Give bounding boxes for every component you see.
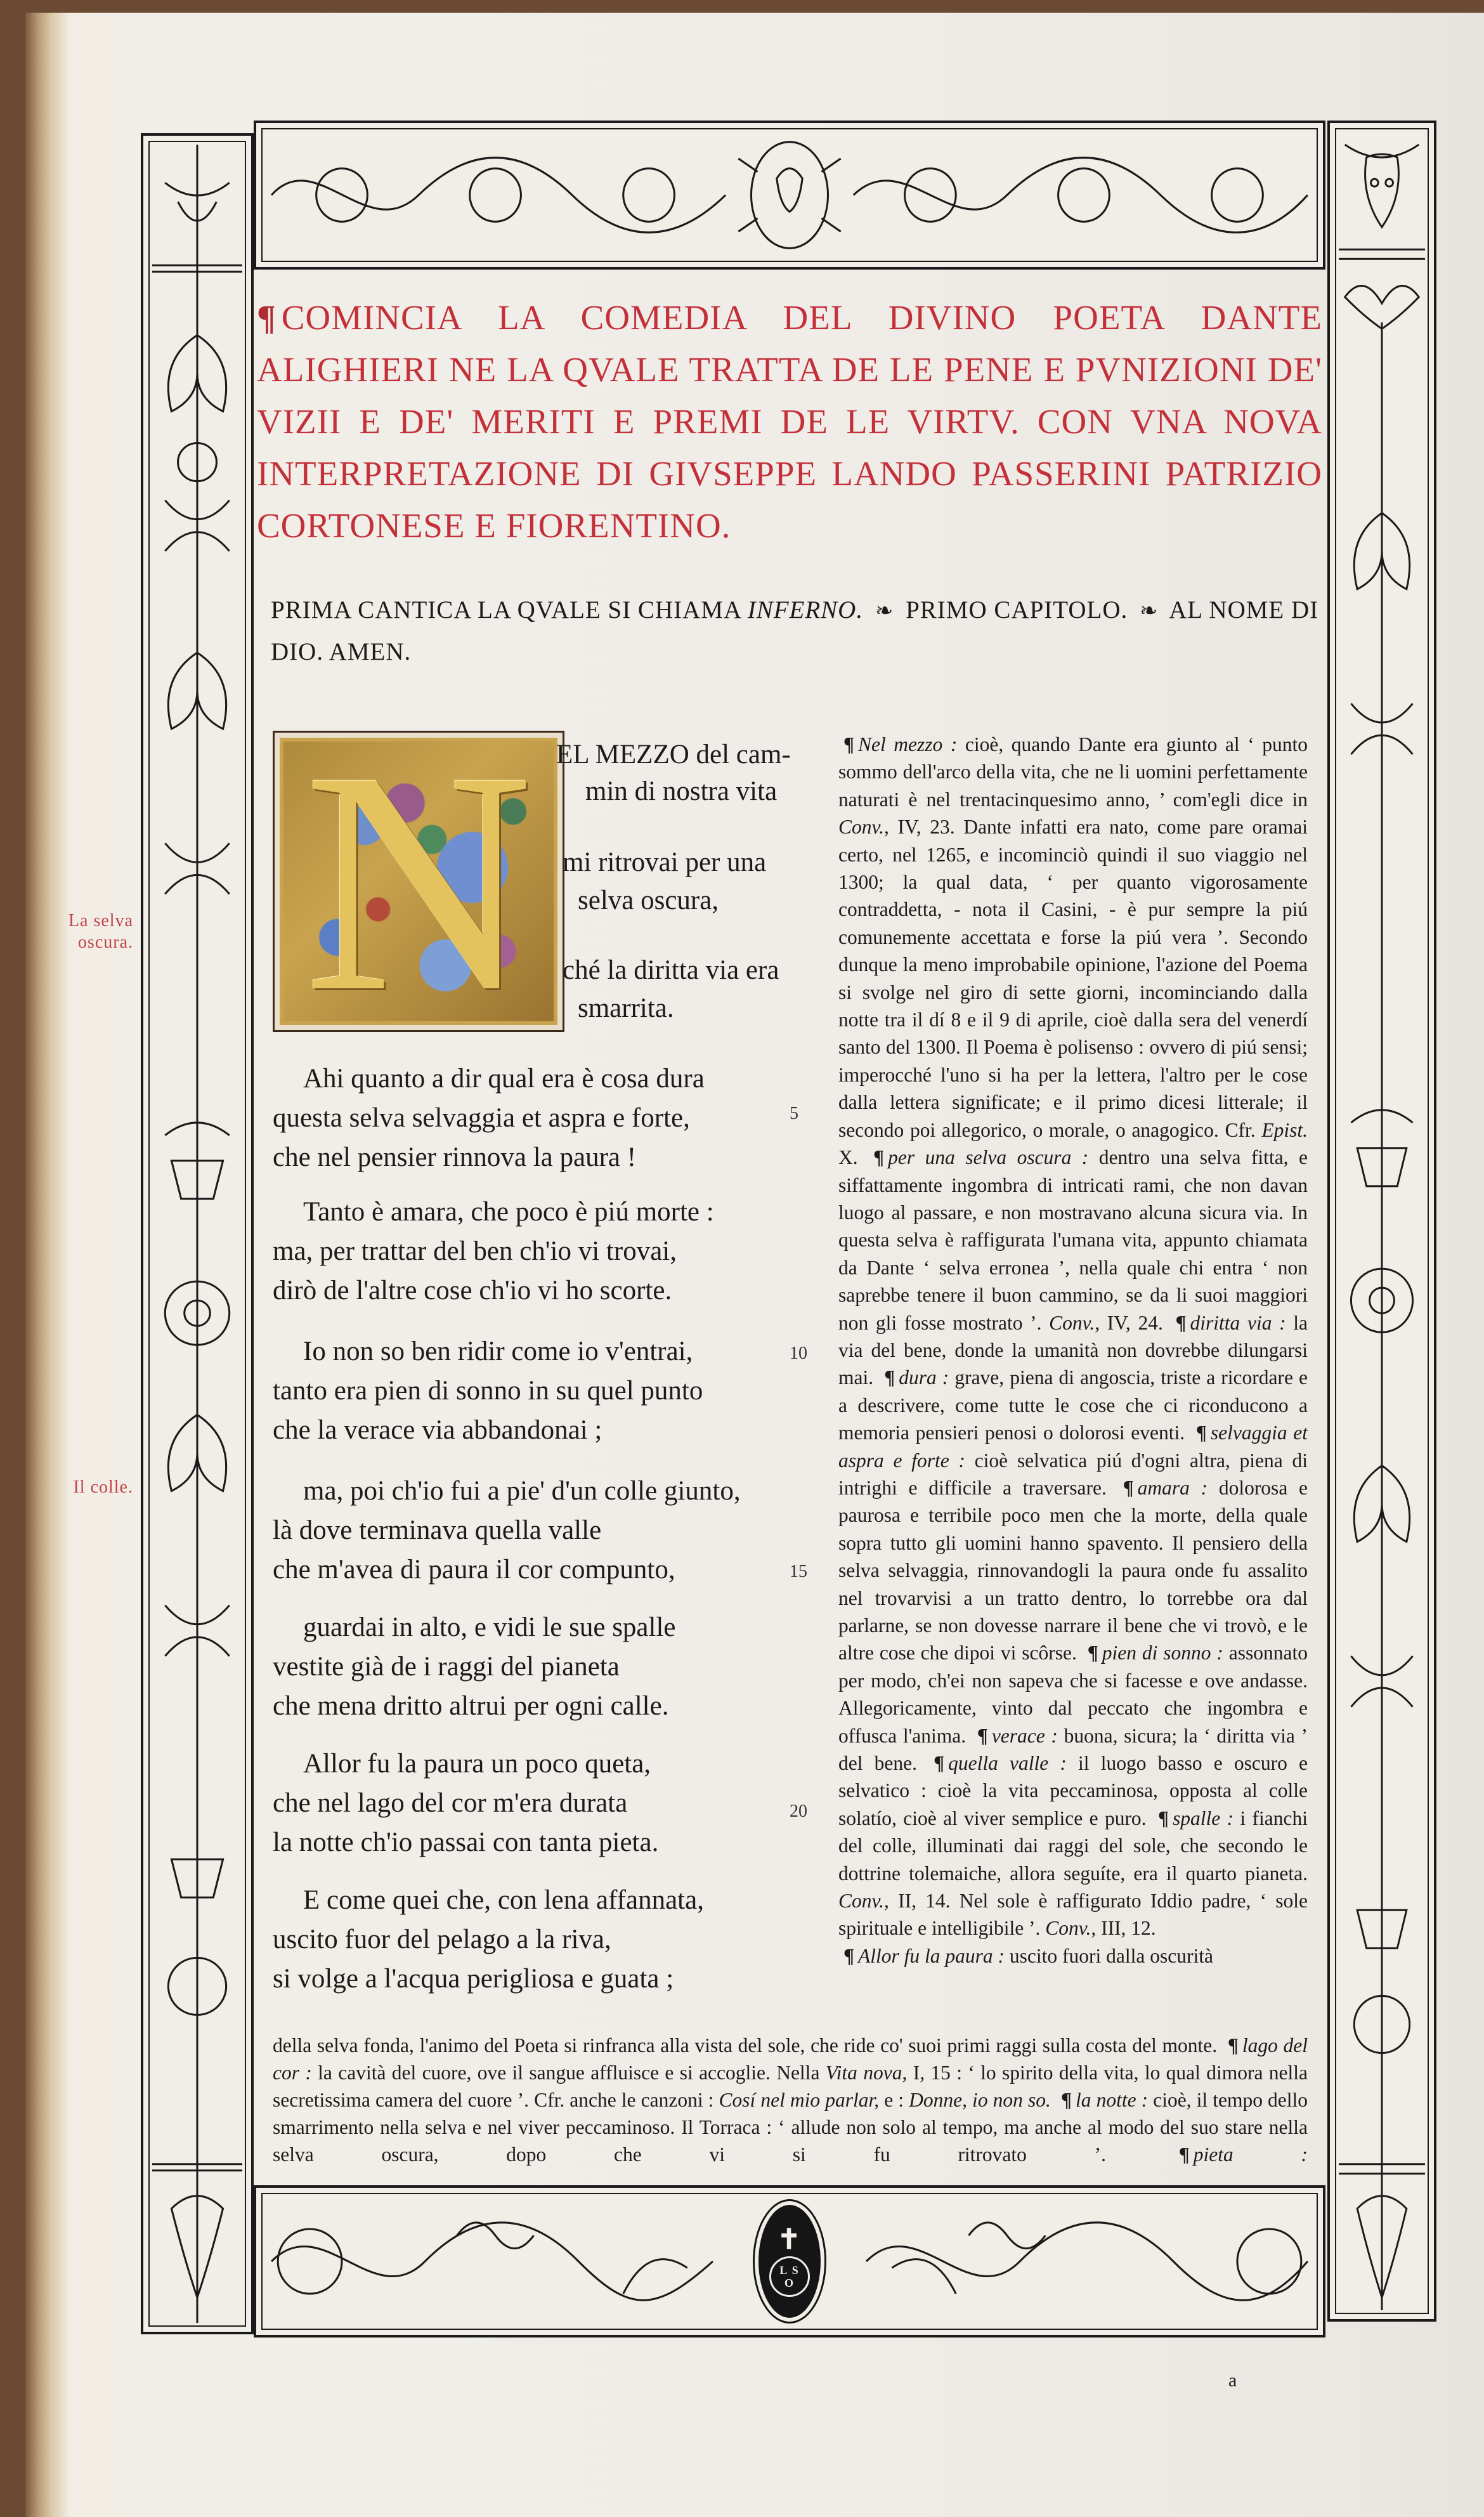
verse-line: là dove terminava quella valle <box>273 1511 831 1550</box>
lemma: quella valle : <box>948 1752 1067 1774</box>
pilcrow-icon: ¶ <box>1158 1807 1169 1829</box>
verse-line: Tanto è amara, che poco è piú morte : <box>273 1193 831 1232</box>
page-gutter-edge <box>25 13 70 2517</box>
bottom-ornamental-border: ✝ L S O <box>254 2185 1325 2337</box>
pilcrow-icon: ¶ <box>1196 1422 1207 1444</box>
verse-line: smarrita. <box>578 993 674 1024</box>
verse-line: che m'avea di paura il cor compunto, <box>273 1550 831 1590</box>
cross-icon: ✝ <box>778 2226 802 2254</box>
pilcrow-icon: ¶ <box>257 298 277 337</box>
colophon-monogram: L S O <box>769 2256 810 2297</box>
lemma: la notte : <box>1076 2089 1148 2111</box>
verse-line: Ahi quanto a dir qual era è cosa dura <box>273 1059 831 1099</box>
verse-line: che mena dritto altrui per ogni calle. <box>273 1687 831 1726</box>
lemma: Allor fu la paura : <box>858 1945 1005 1967</box>
lemma: dura : <box>899 1366 949 1389</box>
stanza: Ahi quanto a dir qual era è cosa dura qu… <box>273 1059 831 1177</box>
right-ornamental-border <box>1327 121 1436 2322</box>
left-ornamental-border <box>141 133 254 2334</box>
lemma: per una selva oscura : <box>888 1146 1088 1168</box>
pilcrow-icon: ¶ <box>1228 2034 1239 2056</box>
pilcrow-icon: ¶ <box>884 1366 895 1389</box>
illuminated-drop-cap: N <box>273 731 564 1032</box>
pilcrow-icon: ¶ <box>873 1146 884 1168</box>
commentary-full-width: della selva fonda, l'animo del Poeta si … <box>273 2032 1308 2168</box>
commentary-column: ¶Nel mezzo : cioè, quando Dante era giun… <box>838 731 1308 1970</box>
verse-line: tanto era pien di sonno in su quel punto <box>273 1371 831 1411</box>
pilcrow-icon: ¶ <box>1088 1642 1098 1664</box>
lemma: Nel mezzo : <box>858 733 957 755</box>
pilcrow-icon: ¶ <box>934 1752 944 1774</box>
lemma: diritta via : <box>1190 1312 1286 1334</box>
candelabra-ornament-icon <box>152 145 242 2323</box>
line-number: 5 <box>790 1104 798 1124</box>
stanza: ma, poi ch'io fui a pie' d'un colle giun… <box>273 1472 831 1590</box>
margin-note: Il colle. <box>38 1477 133 1498</box>
floral-illumination-icon: N <box>280 738 557 1025</box>
lemma: amara : <box>1138 1477 1207 1499</box>
verse-line: dirò de l'altre cose ch'io vi ho scorte. <box>273 1271 831 1311</box>
verse-line: guardai in alto, e vidi le sue spalle <box>273 1608 831 1647</box>
line-number: 10 <box>790 1343 807 1364</box>
verse-line: la notte ch'io passai con tanta pieta. <box>273 1823 831 1862</box>
stanza: Io non so ben ridir come io v'entrai, ta… <box>273 1332 831 1450</box>
verse-line: EL MEZZO del cam- <box>556 739 791 770</box>
stanza: guardai in alto, e vidi le sue spalle ve… <box>273 1608 831 1726</box>
verse-line: vestite già de i raggi del pianeta <box>273 1647 831 1687</box>
incipit-text: COMINCIA LA COMEDIA DEL DIVINO POETA DAN… <box>257 298 1322 545</box>
pilcrow-icon: ¶ <box>1179 2143 1190 2166</box>
fleuron-icon: ❧ <box>875 599 894 623</box>
verse-line: Io non so ben ridir come io v'entrai, <box>273 1332 831 1371</box>
verse-line: mi ritrovai per una <box>563 847 766 878</box>
lemma: spalle : <box>1173 1807 1233 1829</box>
pilcrow-icon: ¶ <box>1176 1312 1187 1334</box>
drop-cap-letter: N <box>283 742 554 1021</box>
pilcrow-icon: ¶ <box>977 1725 988 1747</box>
lemma: pieta : <box>1194 2143 1308 2166</box>
verse-line: min di nostra vita <box>585 776 777 807</box>
line-number: 20 <box>790 1801 807 1822</box>
pilcrow-icon: ¶ <box>843 1945 854 1967</box>
lemma: pien di sonno : <box>1102 1642 1223 1664</box>
stanza: Allor fu la paura un poco queta, che nel… <box>273 1744 831 1862</box>
line-number: 15 <box>790 1562 807 1582</box>
stanza: Tanto è amara, che poco è piú morte : ma… <box>273 1193 831 1311</box>
verse-line: ma, per trattar del ben ch'io vi trovai, <box>273 1232 831 1271</box>
verse-line: che nel pensier rinnova la paura ! <box>273 1138 831 1177</box>
fleuron-icon: ❧ <box>1140 599 1159 623</box>
top-ornamental-border <box>254 121 1325 270</box>
pilcrow-icon: ¶ <box>843 733 854 755</box>
verse-line: selva oscura, <box>578 885 719 916</box>
verse-line: E come quei che, con lena affannata, <box>273 1881 831 1920</box>
incipit-heading: ¶COMINCIA LA COMEDIA DEL DIVINO POETA DA… <box>257 292 1322 552</box>
verse-line: ma, poi ch'io fui a pie' d'un colle giun… <box>273 1472 831 1511</box>
verse-line: ché la diritta via era <box>563 955 779 986</box>
foliage-ornament-icon <box>265 132 1314 258</box>
lemma: verace : <box>992 1725 1058 1747</box>
verse-line: che la verace via abbandonai ; <box>273 1411 831 1450</box>
candelabra-ornament-icon <box>1339 132 1425 2310</box>
publisher-colophon-emblem: ✝ L S O <box>755 2201 824 2322</box>
pilcrow-icon: ¶ <box>1061 2089 1072 2111</box>
cantica-name: INFERNO. <box>748 596 863 624</box>
printer-signature-mark: a <box>1228 2370 1237 2391</box>
verse-line: si volge a l'acqua perigliosa e guata ; <box>273 1959 831 1999</box>
verse-line: che nel lago del cor m'era durata <box>273 1784 831 1823</box>
verse-line: Allor fu la paura un poco queta, <box>273 1744 831 1784</box>
canto-subtitle: PRIMA CANTICA LA QVALE SI CHIAMA INFERNO… <box>271 590 1324 672</box>
verse-line: questa selva selvaggia et aspra e forte, <box>273 1099 831 1138</box>
margin-note: La selva oscura. <box>38 910 133 953</box>
pilcrow-icon: ¶ <box>1123 1477 1134 1499</box>
verse-line: uscito fuor del pelago a la riva, <box>273 1920 831 1959</box>
stanza: E come quei che, con lena affannata, usc… <box>273 1881 831 1999</box>
